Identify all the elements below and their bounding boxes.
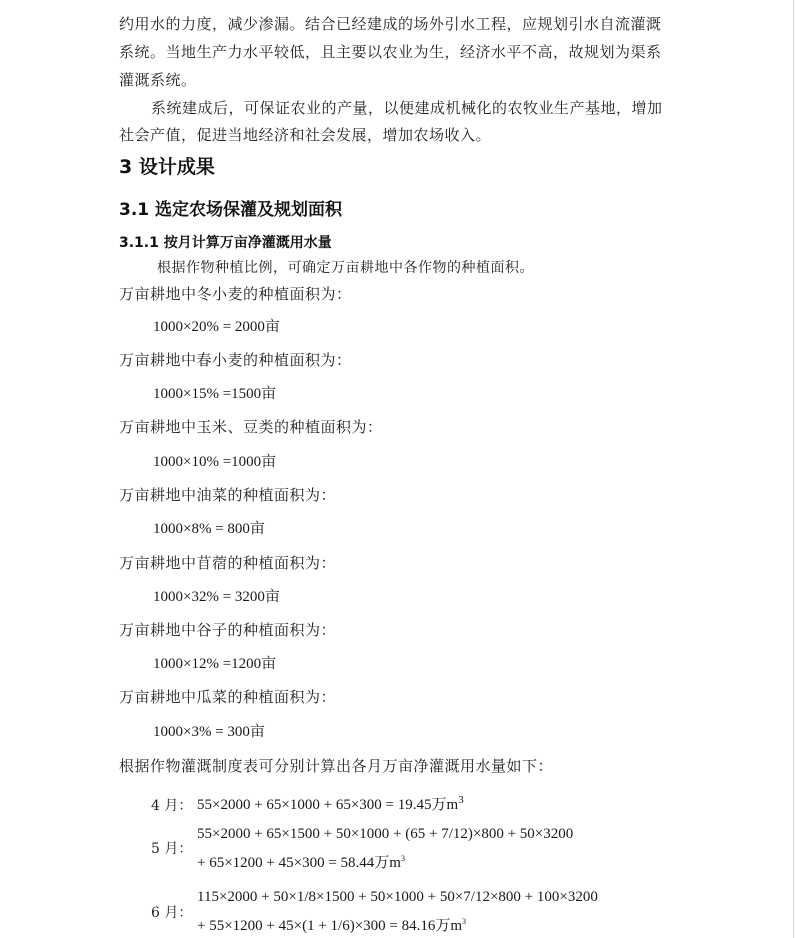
crop-formula: 1000×8% = 800亩 [153, 517, 265, 538]
crop-formula: 1000×12% =1200亩 [153, 652, 276, 673]
superscript: 3 [401, 854, 405, 863]
superscript: 3 [458, 794, 464, 806]
crop-label: 万亩耕地中冬小麦的种植面积为： [119, 283, 352, 304]
crop-label: 万亩耕地中春小麦的种植面积为： [119, 349, 352, 370]
page-edge-divider [793, 0, 794, 938]
crop-formula: 1000×15% =1500亩 [153, 382, 276, 403]
crop-label: 万亩耕地中苜蓿的种植面积为： [119, 552, 336, 573]
superscript: 3 [462, 917, 466, 926]
formula-text: 55×2000 + 65×1000 + 65×300 = 19.45万m [197, 797, 458, 813]
month-formula-june-line-1: 115×2000 + 50×1/8×1500 + 50×1000 + 50×7/… [197, 889, 598, 906]
heading-level-2: 3.1 选定农场保灌及规划面积 [119, 195, 342, 220]
month-formula-may-line-1: 55×2000 + 65×1500 + 50×1000 + (65 + 7/12… [197, 826, 573, 843]
formula-text: + 65×1200 + 45×300 = 58.44万m [197, 855, 401, 871]
month-formula-may-line-2: + 65×1200 + 45×300 = 58.44万m3 [197, 851, 405, 872]
crop-label: 万亩耕地中谷子的种植面积为： [119, 619, 336, 640]
intro-line-1: 约用水的力度，减少渗漏。结合已经建成的场外引水工程，应规划引水自流灌溉 [119, 13, 662, 34]
water-intro: 根据作物灌溉制度表可分别计算出各月万亩净灌溉用水量如下： [119, 755, 553, 776]
crop-formula: 1000×20% = 2000亩 [153, 315, 280, 336]
para2-line-1: 系统建成后，可保证农业的产量，以便建成机械化的农牧业生产基地，增加 [151, 97, 663, 118]
month-label-june: 6 月： [151, 902, 192, 922]
crop-formula: 1000×3% = 300亩 [153, 720, 265, 741]
intro-line-3: 灌溉系统。 [119, 69, 197, 90]
heading-level-1: 3 设计成果 [119, 152, 215, 179]
crop-label: 万亩耕地中玉米、豆类的种植面积为： [119, 416, 383, 437]
month-formula-april: 55×2000 + 65×1000 + 65×300 = 19.45万m3 [197, 793, 464, 814]
month-label-april: 4 月： [151, 795, 192, 815]
month-label-may: 5 月： [151, 838, 192, 858]
heading-level-3: 3.1.1 按月计算万亩净灌溉用水量 [119, 232, 332, 252]
document-page: 约用水的力度，减少渗漏。结合已经建成的场外引水工程，应规划引水自流灌溉 系统。当… [0, 0, 793, 938]
month-formula-june-line-2: + 55×1200 + 45×(1 + 1/6)×300 = 84.16万m3 [197, 914, 466, 935]
formula-text: + 55×1200 + 45×(1 + 1/6)×300 = 84.16万m [197, 918, 462, 934]
crop-label: 万亩耕地中油菜的种植面积为： [119, 484, 336, 505]
area-intro: 根据作物种植比例，可确定万亩耕地中各作物的种植面积。 [157, 257, 534, 277]
crop-formula: 1000×10% =1000亩 [153, 450, 276, 471]
crop-label: 万亩耕地中瓜菜的种植面积为： [119, 686, 336, 707]
para2-line-2: 社会产值，促进当地经济和社会发展，增加农场收入。 [119, 124, 491, 145]
crop-formula: 1000×32% = 3200亩 [153, 585, 280, 606]
intro-line-2: 系统。当地生产力水平较低，且主要以农业为生，经济水平不高，故规划为渠系 [119, 41, 662, 62]
